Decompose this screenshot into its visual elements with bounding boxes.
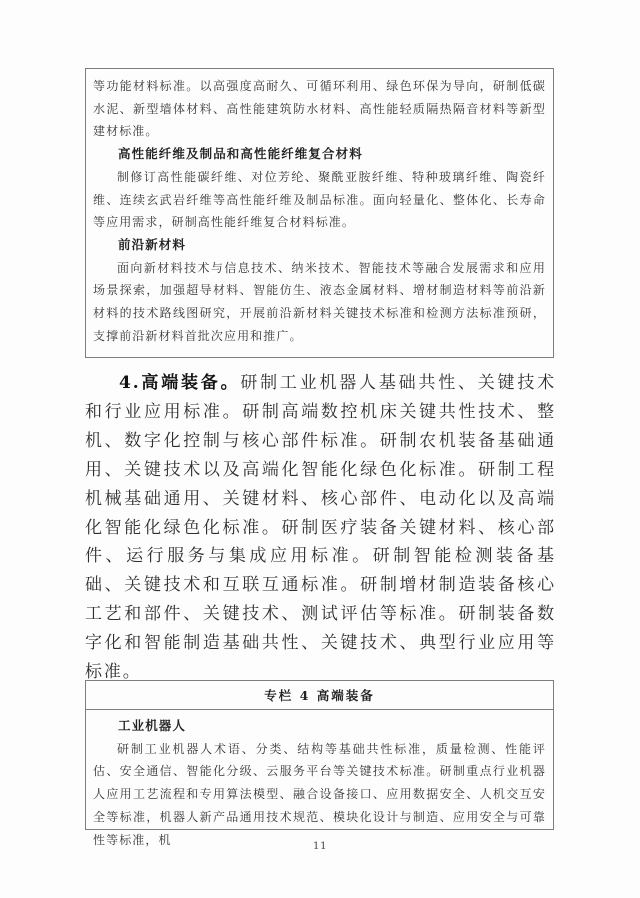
box2-heading-industrial-robots: 工业机器人 <box>93 715 546 738</box>
body-paragraph-lead: 4.高端装备。 <box>119 373 240 393</box>
page-number: 11 <box>0 840 640 852</box>
box1-heading-high-performance-fibers: 高性能纤维及制品和高性能纤维复合材料 <box>93 143 546 166</box>
callout-box-4-title: 专栏 4 高端装备 <box>86 681 553 710</box>
document-page: 等功能材料标准。以高强度高耐久、可循环利用、绿色环保为导向，研制低碳水泥、新型墙… <box>0 0 640 898</box>
callout-box-new-materials: 等功能材料标准。以高强度高耐久、可循环利用、绿色环保为导向，研制低碳水泥、新型墙… <box>85 68 554 358</box>
box2-paragraph-industrial-robots: 研制工业机器人术语、分类、结构等基础共性标准，质量检测、性能评估、安全通信、智能… <box>93 738 546 852</box>
box1-heading-frontier-materials: 前沿新材料 <box>93 234 546 257</box>
box1-paragraph-fibers: 制修订高性能碳纤维、对位芳纶、聚酰亚胺纤维、特种玻璃纤维、陶瓷纤维、连续玄武岩纤… <box>93 166 546 234</box>
box1-paragraph-building-materials: 等功能材料标准。以高强度高耐久、可循环利用、绿色环保为导向，研制低碳水泥、新型墙… <box>93 75 546 143</box>
callout-box-4-content: 工业机器人 研制工业机器人术语、分类、结构等基础共性标准，质量检测、性能评估、安… <box>86 710 553 857</box>
box1-paragraph-frontier-materials: 面向新材料技术与信息技术、纳米技术、智能技术等融合发展需求和应用场景探索，加强超… <box>93 257 546 348</box>
body-paragraph-high-end-equipment: 4.高端装备。研制工业机器人基础共性、关键技术和行业应用标准。研制高端数控机床关… <box>85 369 556 687</box>
callout-box-4-high-end-equipment: 专栏 4 高端装备 工业机器人 研制工业机器人术语、分类、结构等基础共性标准，质… <box>85 680 554 830</box>
body-paragraph-text: 研制工业机器人基础共性、关键技术和行业应用标准。研制高端数控机床关键共性技术、整… <box>85 373 556 682</box>
